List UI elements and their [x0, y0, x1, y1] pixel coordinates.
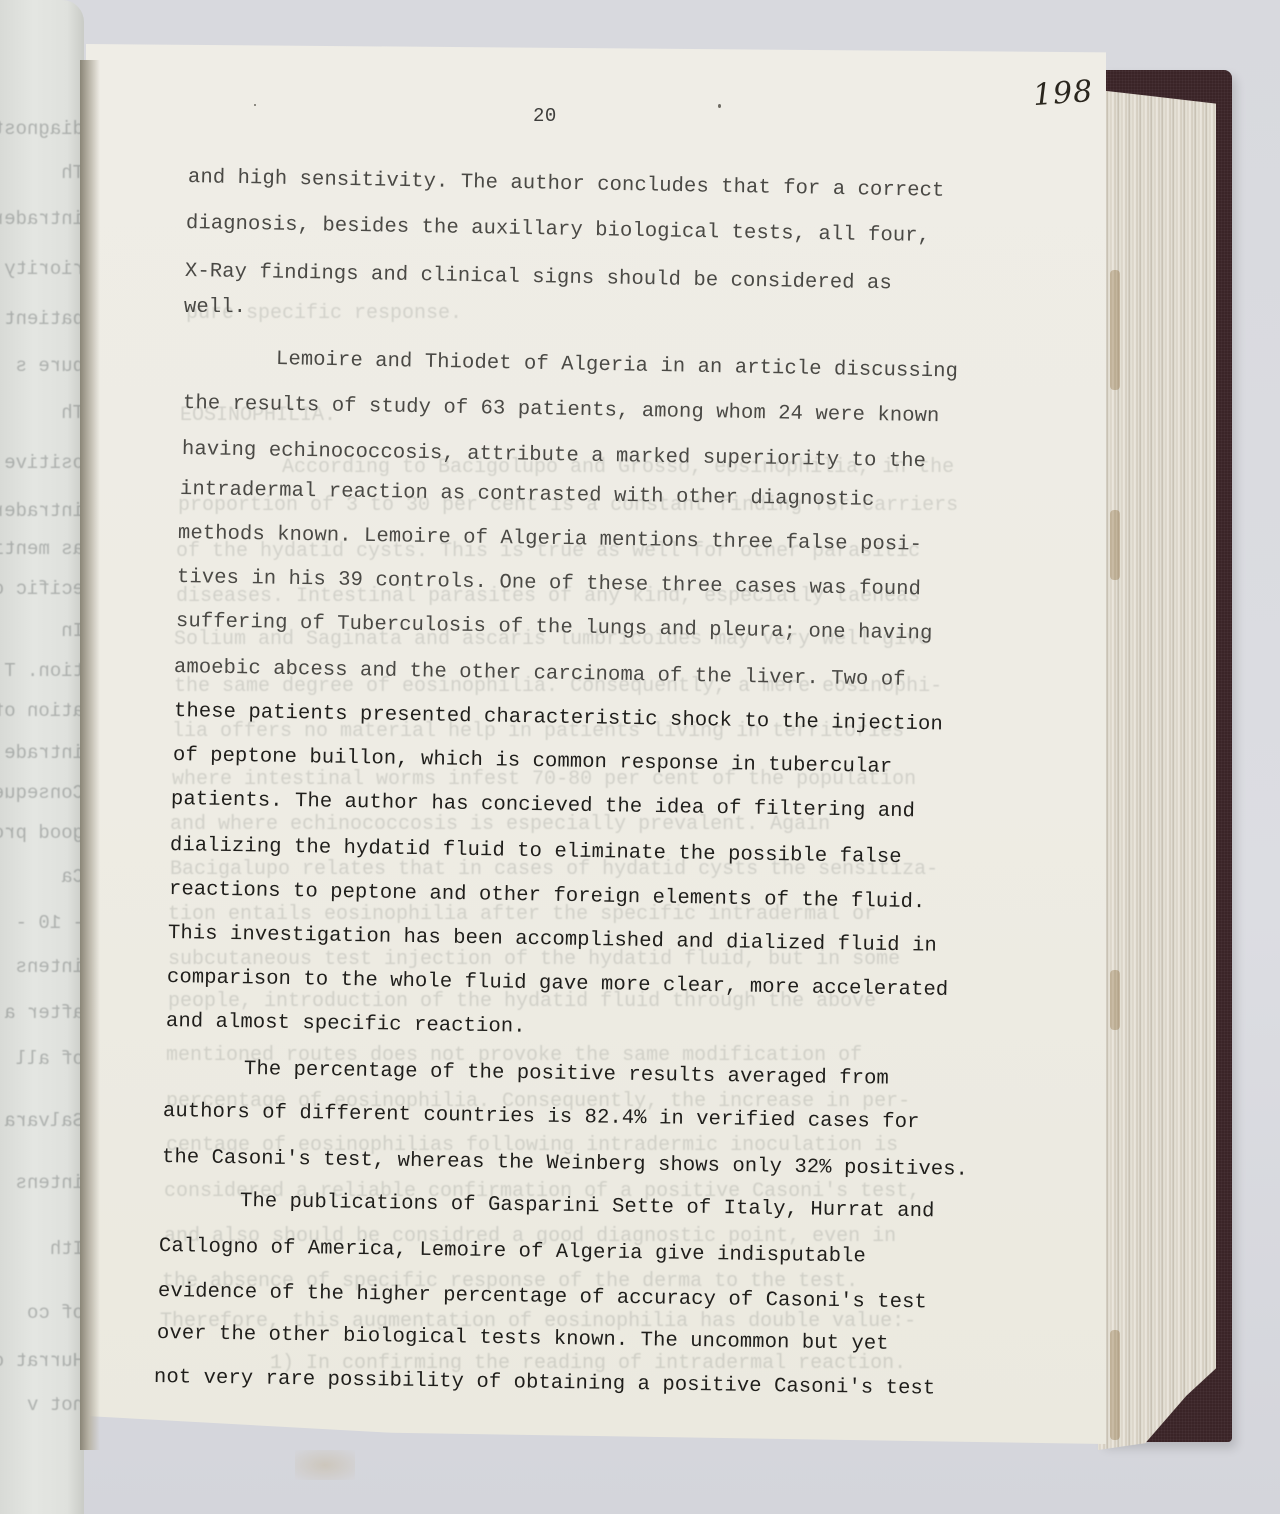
left-page-fragment: Salvara	[0, 1110, 84, 1132]
left-page-fragment: patient	[0, 308, 84, 330]
left-page-fragment: intradermi	[0, 500, 84, 522]
left-page-fragment: of all	[0, 1048, 84, 1070]
left-page-fragment: pure s	[0, 355, 84, 377]
left-page-fragment: as mentior	[0, 538, 84, 560]
left-page-fragment: ecific c	[0, 578, 84, 600]
page-block-edges	[1098, 90, 1216, 1450]
left-page-fragment: Hurrat c	[0, 1350, 84, 1372]
left-page-fragment: intens	[0, 956, 84, 978]
left-page-fragment: ositive	[0, 452, 84, 474]
left-page-fragment: ation of	[0, 700, 84, 722]
left-curled-page: diagnostic Th intraderm riority patient …	[0, 0, 84, 1514]
left-page-fragment: Th	[0, 162, 84, 184]
left-page-fragment: intraderm	[0, 208, 84, 230]
paper-fleck	[718, 104, 721, 108]
left-page-fragment: Th	[0, 402, 84, 424]
left-page-fragment: Consequen	[0, 782, 84, 804]
edge-stain	[1110, 270, 1120, 390]
left-page-fragment: good pro	[0, 822, 84, 844]
gutter-shadow	[80, 60, 100, 1450]
left-page-fragment: riority	[0, 258, 84, 280]
left-page-fragment: Ca	[0, 866, 84, 888]
edge-stain	[1110, 510, 1120, 580]
text-line: well.	[184, 296, 246, 319]
left-page-fragment: not v	[0, 1394, 84, 1416]
paper-fleck	[254, 104, 256, 106]
handwritten-folio-number: 198	[1032, 74, 1095, 113]
left-page-fragment: Ith	[0, 1238, 84, 1260]
left-page-fragment: of co	[0, 1302, 84, 1324]
left-page-fragment: In	[0, 620, 84, 642]
left-page-fragment: after a po	[0, 1002, 84, 1024]
left-page-fragment: intens	[0, 1172, 84, 1194]
left-page-fragment: diagnostic	[0, 118, 84, 140]
page-number: 20	[533, 105, 557, 127]
left-page-fragment: intrade	[0, 742, 84, 764]
edge-stain	[1110, 970, 1120, 1030]
left-page-fragment: tion. T	[0, 660, 84, 682]
paper-stain	[295, 1450, 355, 1480]
edge-stain	[1110, 1330, 1120, 1440]
left-page-fragment: - 10 -	[0, 912, 84, 934]
